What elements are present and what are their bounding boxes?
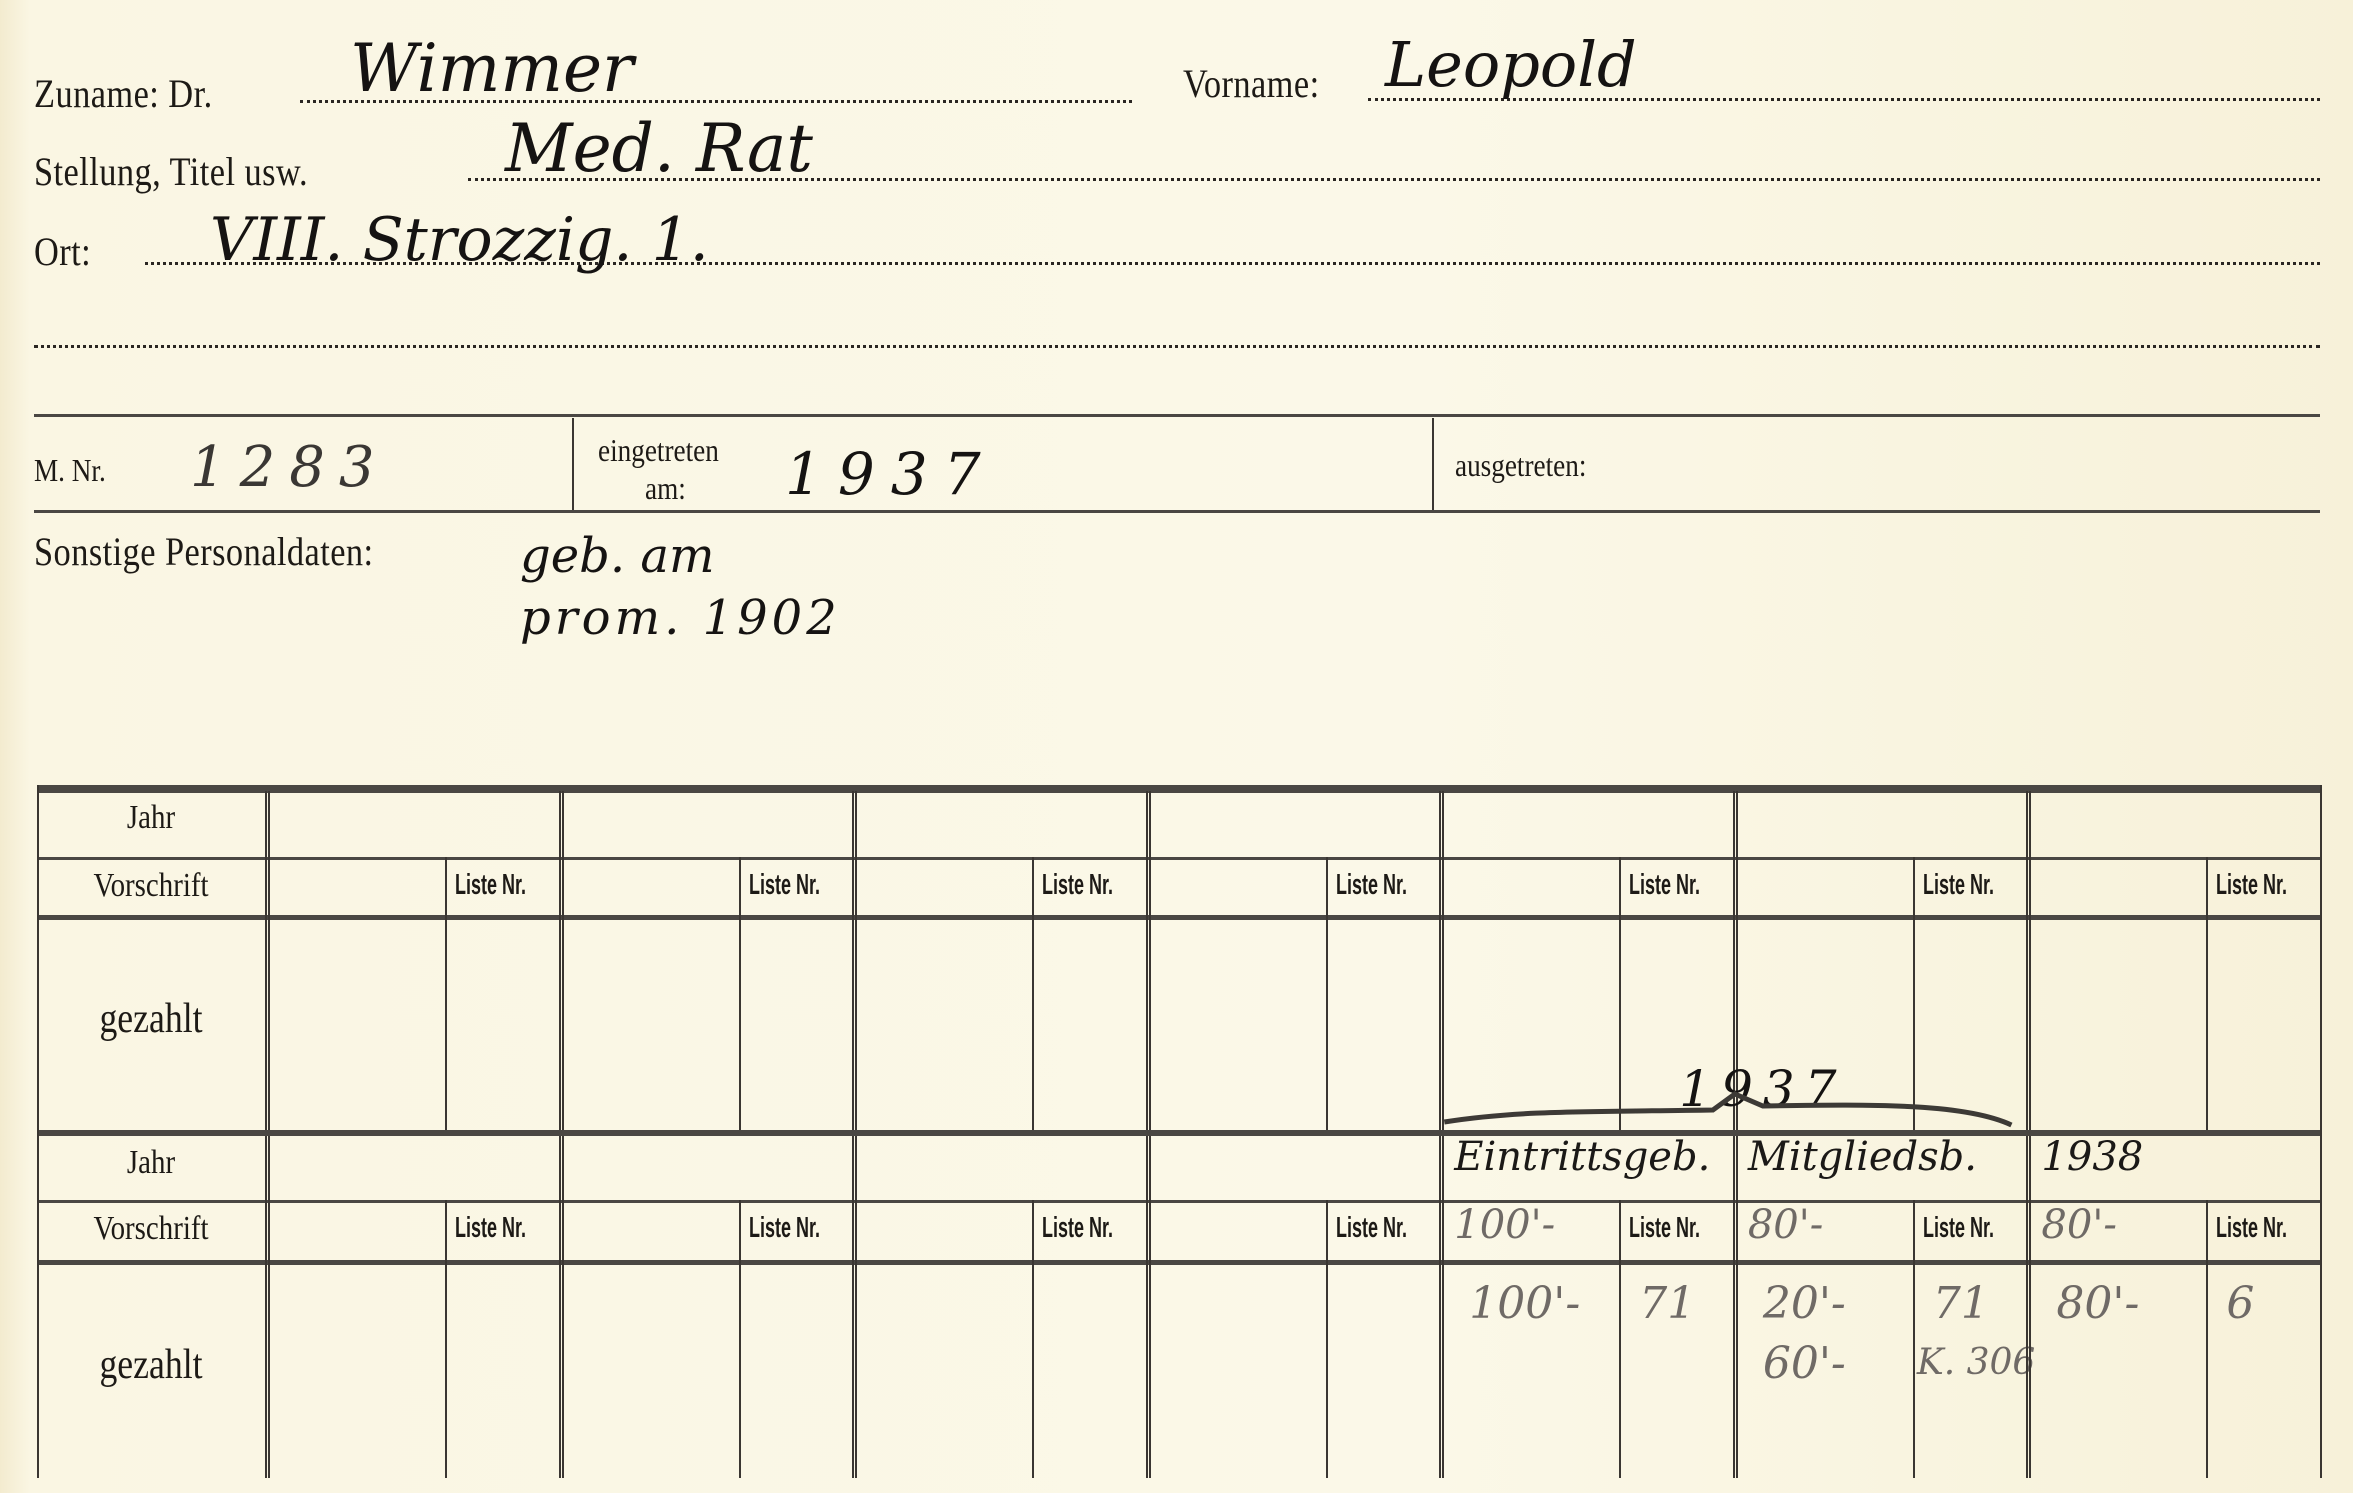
- year-cell[interactable]: 1938: [2041, 1134, 2143, 1180]
- column-group-divider: [1439, 1136, 1444, 1478]
- other-data-line2[interactable]: prom. 1902: [520, 590, 841, 646]
- prescribed-cell[interactable]: 80'-: [2041, 1202, 2116, 1248]
- membership-bottom-rule: [34, 510, 2320, 513]
- row-label-year: Jahr: [54, 799, 248, 837]
- column-group-divider: [265, 791, 270, 1130]
- row-label-paid: gezahlt: [54, 1341, 248, 1389]
- year-row-rule: [37, 1200, 2320, 1203]
- list-no-header: Liste Nr.: [1629, 869, 1700, 902]
- table-left-border: [37, 1130, 39, 1478]
- firstname-value[interactable]: Leopold: [1385, 28, 1637, 101]
- list-no-header: Liste Nr.: [1042, 869, 1113, 902]
- column-group-divider: [852, 1136, 857, 1478]
- member-index-card: Zuname: Dr. Wimmer Vorname: Leopold Stel…: [0, 0, 2353, 1493]
- bracket-year-annotation[interactable]: 1937: [1679, 1060, 1846, 1118]
- joined-label-line1: eingetreten: [598, 432, 719, 469]
- membership-divider-1: [572, 418, 574, 510]
- column-group-divider: [2026, 791, 2031, 1130]
- other-data-label: Sonstige Personaldaten:: [34, 528, 374, 575]
- list-no-header: Liste Nr.: [1336, 1212, 1407, 1245]
- table-right-border: [2320, 1130, 2322, 1478]
- paid-list-no-cell[interactable]: 71: [1933, 1278, 1989, 1329]
- table-left-border: [37, 785, 39, 1130]
- list-no-header: Liste Nr.: [1923, 1212, 1994, 1245]
- row-label-prescribed: Vorschrift: [54, 1210, 248, 1248]
- membership-divider-2: [1432, 418, 1434, 510]
- list-no-divider: [2206, 1200, 2208, 1478]
- row-label-prescribed: Vorschrift: [54, 867, 248, 905]
- place-label: Ort:: [34, 228, 91, 275]
- column-group-divider: [1146, 791, 1151, 1130]
- column-group-divider: [1439, 791, 1444, 1130]
- row-label-paid: gezahlt: [54, 995, 248, 1043]
- table-right-border: [2320, 785, 2322, 1130]
- list-no-divider: [445, 1200, 447, 1478]
- list-no-divider: [1913, 1200, 1915, 1478]
- position-value[interactable]: Med. Rat: [505, 110, 813, 187]
- column-group-divider: [1733, 1136, 1738, 1478]
- list-no-divider: [1619, 1200, 1621, 1478]
- list-no-divider: [1032, 857, 1034, 1130]
- year-cell[interactable]: Eintrittsgeb.: [1454, 1134, 1710, 1180]
- prescribed-cell[interactable]: 80'-: [1748, 1202, 1823, 1248]
- list-no-divider: [1326, 857, 1328, 1130]
- paid-cell[interactable]: 100'-: [1469, 1278, 1580, 1329]
- column-group-divider: [265, 1136, 270, 1478]
- position-label: Stellung, Titel usw.: [34, 148, 308, 195]
- member-no-value[interactable]: 1283: [190, 435, 389, 500]
- table-block-top-rule: [37, 1130, 2320, 1136]
- paid-cell[interactable]: 20'-: [1763, 1278, 1846, 1329]
- table-block-top-rule: [37, 785, 2320, 793]
- extra-field-line: [34, 345, 2320, 348]
- list-no-divider: [1032, 1200, 1034, 1478]
- list-no-header: Liste Nr.: [2216, 869, 2287, 902]
- list-no-divider: [445, 857, 447, 1130]
- year-row-rule: [37, 857, 2320, 860]
- list-no-divider: [739, 1200, 741, 1478]
- firstname-label: Vorname:: [1183, 60, 1320, 107]
- list-no-divider: [1619, 857, 1621, 1130]
- list-no-header: Liste Nr.: [455, 1212, 526, 1245]
- paid-cell[interactable]: 80'-: [2056, 1278, 2139, 1329]
- prescribed-cell[interactable]: 100'-: [1454, 1202, 1555, 1248]
- list-no-header: Liste Nr.: [455, 869, 526, 902]
- list-no-divider: [2206, 857, 2208, 1130]
- column-group-divider: [1146, 1136, 1151, 1478]
- membership-top-rule: [34, 414, 2320, 417]
- surname-value[interactable]: Wimmer: [350, 30, 634, 107]
- list-no-divider: [739, 857, 741, 1130]
- list-no-header: Liste Nr.: [749, 869, 820, 902]
- surname-label: Zuname: Dr.: [34, 70, 213, 117]
- list-no-header: Liste Nr.: [1923, 869, 1994, 902]
- row-label-year: Jahr: [54, 1144, 248, 1182]
- paid-list-no-cell-2[interactable]: K. 306: [1917, 1342, 2036, 1383]
- prescribed-row-rule: [37, 1260, 2320, 1265]
- joined-value[interactable]: 1937: [785, 440, 997, 508]
- column-group-divider: [559, 791, 564, 1130]
- joined-label-line2: am:: [645, 470, 686, 507]
- prescribed-row-rule: [37, 915, 2320, 920]
- member-no-label: M. Nr.: [34, 452, 106, 489]
- year-cell[interactable]: Mitgliedsb.: [1748, 1134, 1977, 1180]
- list-no-divider: [1326, 1200, 1328, 1478]
- list-no-header: Liste Nr.: [749, 1212, 820, 1245]
- column-group-divider: [2026, 1136, 2031, 1478]
- paid-list-no-cell[interactable]: 71: [1639, 1278, 1695, 1329]
- list-no-header: Liste Nr.: [1336, 869, 1407, 902]
- column-group-divider: [852, 791, 857, 1130]
- paid-list-no-cell[interactable]: 6: [2226, 1278, 2254, 1329]
- list-no-header: Liste Nr.: [1042, 1212, 1113, 1245]
- list-no-header: Liste Nr.: [2216, 1212, 2287, 1245]
- paid-cell-2[interactable]: 60'-: [1763, 1338, 1846, 1389]
- list-no-header: Liste Nr.: [1629, 1212, 1700, 1245]
- place-value[interactable]: VIII. Strozzig. 1.: [210, 205, 709, 275]
- list-no-divider: [1913, 857, 1915, 1130]
- other-data-line1[interactable]: geb. am: [520, 528, 715, 584]
- column-group-divider: [559, 1136, 564, 1478]
- left-label: ausgetreten:: [1455, 447, 1586, 484]
